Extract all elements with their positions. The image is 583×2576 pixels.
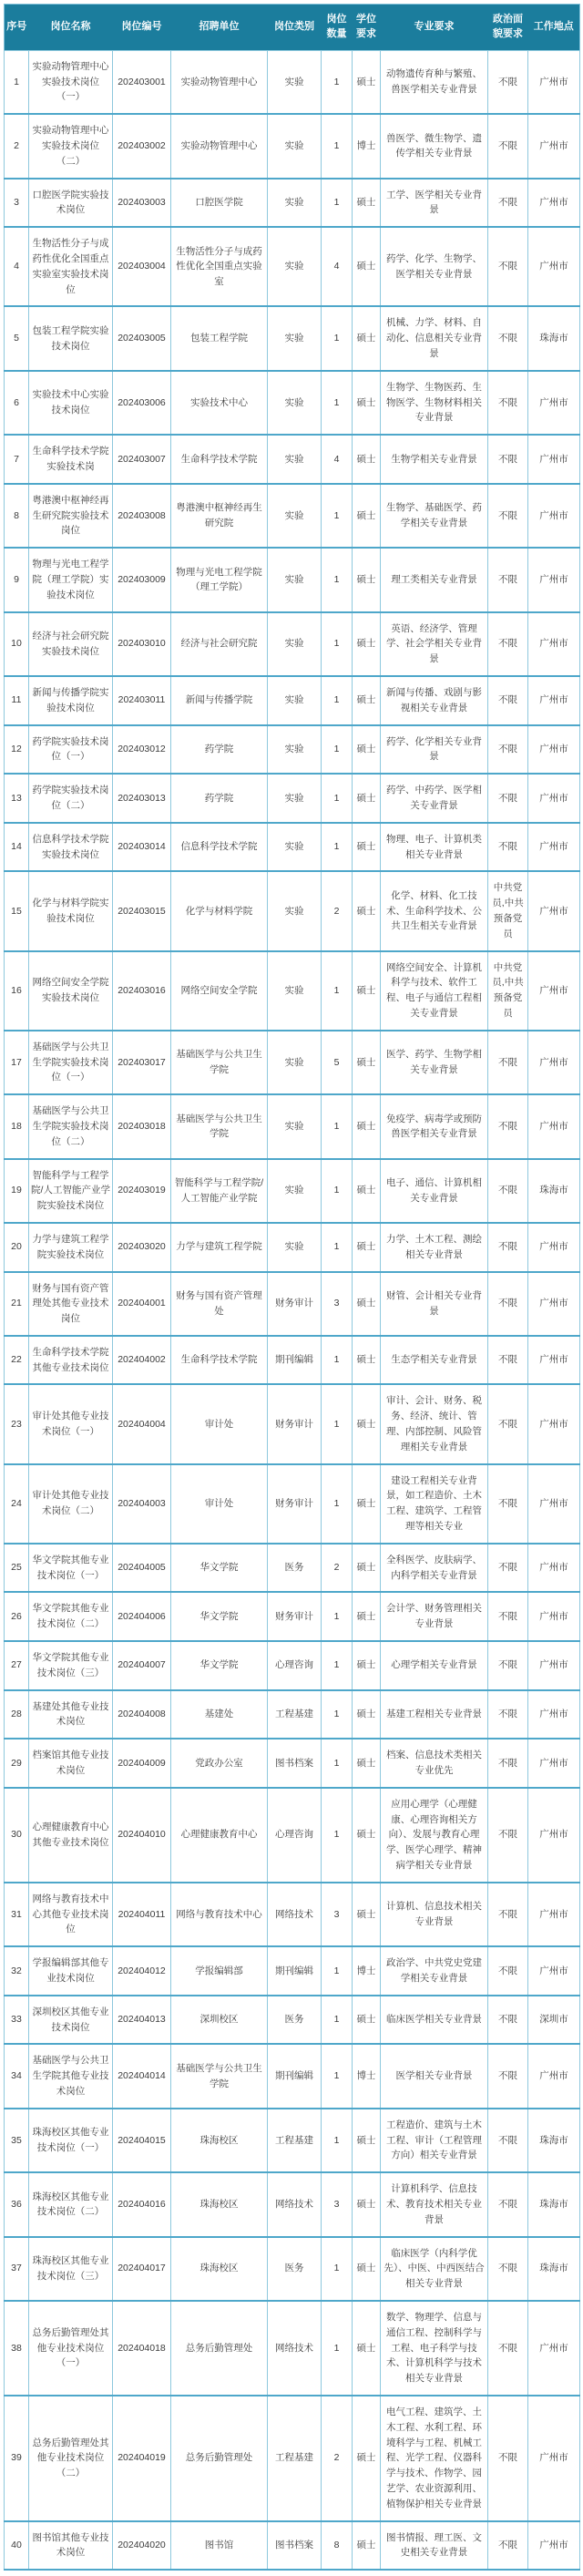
col-index-cell: 21	[5, 1272, 29, 1336]
col-degree-cell: 硕士	[353, 1031, 381, 1094]
col-political-requirement-cell: 中共党员,中共预备党员	[488, 951, 528, 1031]
col-category-cell: 实验	[268, 227, 322, 306]
col-degree-cell: 博士	[353, 114, 381, 178]
col-position-code-cell: 202404011	[113, 1883, 171, 1946]
col-index-cell: 24	[5, 1464, 29, 1544]
col-degree-cell: 硕士	[353, 2237, 381, 2301]
col-degree-cell: 硕士	[353, 1592, 381, 1641]
col-major-requirement-cell: 工学、医学相关专业背景	[381, 179, 488, 228]
table-row: 11新闻与传播学院实验技术岗位202403011新闻与传播学院实验1硕士新闻与传…	[5, 676, 580, 725]
col-category-cell: 心理咨询	[268, 1641, 322, 1690]
col-position-code-cell: 202404016	[113, 2172, 171, 2236]
col-recruiting-unit-cell: 总务后勤管理处	[171, 2301, 268, 2396]
table-row: 33深圳校区其他专业技术岗位202404013深圳校区医务1硕士临床医学相关专业…	[5, 1996, 580, 2045]
col-major-requirement-cell: 计算机、信息技术相关专业背景	[381, 1883, 488, 1946]
col-location-cell: 珠海市	[528, 1159, 580, 1223]
col-major-requirement-cell: 物理、电子、计算机类相关专业背景	[381, 823, 488, 872]
table-row: 10经济与社会研究院实验技术岗位202403010经济与社会研究院实验1硕士英语…	[5, 612, 580, 676]
col-degree-cell: 硕士	[353, 823, 381, 872]
table-row: 19智能科学与工程学院/人工智能产业学院实验技术岗位202403019智能科学与…	[5, 1159, 580, 1223]
col-quantity-cell: 3	[322, 2172, 353, 2236]
col-major-requirement-cell: 基建工程相关专业背景	[381, 1690, 488, 1740]
col-position-code-cell: 202403011	[113, 676, 171, 725]
col-category-cell: 图书档案	[268, 2521, 322, 2571]
col-recruiting-unit-cell: 口腔医学院	[171, 179, 268, 228]
col-position-name-cell: 基础医学与公共卫生学院实验技术岗位（二）	[29, 1094, 113, 1158]
col-category-cell: 网络技术	[268, 2172, 322, 2236]
col-political-requirement-cell: 不限	[488, 2521, 528, 2571]
col-quantity-cell: 1	[322, 1336, 353, 1385]
col-position-code-cell: 202403001	[113, 50, 171, 114]
col-index-cell: 30	[5, 1788, 29, 1883]
col-recruiting-unit-cell: 物理与光电工程学院（理工学院）	[171, 548, 268, 611]
col-location-cell: 广州市	[528, 951, 580, 1031]
col-index-cell: 7	[5, 435, 29, 484]
col-location-cell: 深圳市	[528, 1996, 580, 2045]
column-header-col-major-requirement: 专业要求	[381, 5, 488, 51]
col-recruiting-unit-cell: 新闻与传播学院	[171, 676, 268, 725]
col-position-name-cell: 生命科学技术学院实验技术岗	[29, 435, 113, 484]
col-degree-cell: 硕士	[353, 2172, 381, 2236]
col-recruiting-unit-cell: 生命科学技术学院	[171, 435, 268, 484]
col-major-requirement-cell: 药学、化学、生物学、医学相关专业背景	[381, 227, 488, 306]
col-degree-cell: 硕士	[353, 1739, 381, 1788]
table-row: 4生物活性分子与成药性优化全国重点实验室实验技术岗位202403004生物活性分…	[5, 227, 580, 306]
table-row: 12药学院实验技术岗位（一）202403012药学院实验1硕士药学、化学相关专业…	[5, 725, 580, 775]
col-category-cell: 实验	[268, 823, 322, 872]
col-quantity-cell: 1	[322, 1739, 353, 1788]
col-major-requirement-cell: 免疫学、病毒学或预防兽医学相关专业背景	[381, 1094, 488, 1158]
col-position-code-cell: 202403018	[113, 1094, 171, 1158]
col-political-requirement-cell: 不限	[488, 676, 528, 725]
col-location-cell: 广州市	[528, 871, 580, 950]
col-political-requirement-cell: 不限	[488, 2044, 528, 2108]
col-quantity-cell: 1	[322, 612, 353, 676]
col-quantity-cell: 1	[322, 1159, 353, 1223]
col-index-cell: 29	[5, 1739, 29, 1788]
col-category-cell: 实验	[268, 548, 322, 611]
col-major-requirement-cell: 数学、物理学、信息与通信工程、控制科学与工程、电子科学与技术、计算机科学与技术相…	[381, 2301, 488, 2396]
col-quantity-cell: 4	[322, 227, 353, 306]
col-position-code-cell: 202404013	[113, 1996, 171, 2045]
col-category-cell: 实验	[268, 306, 322, 370]
col-major-requirement-cell: 生物学、生物医药、生物医学、生物材料相关专业背景	[381, 371, 488, 435]
col-location-cell: 广州市	[528, 548, 580, 611]
col-index-cell: 34	[5, 2044, 29, 2108]
col-quantity-cell: 8	[322, 2521, 353, 2571]
col-position-name-cell: 珠海校区其他专业技术岗位（一）	[29, 2109, 113, 2172]
col-political-requirement-cell: 不限	[488, 823, 528, 872]
header-row: 序号岗位名称岗位编号招聘单位岗位类别岗位数量学位要求专业要求政治面貌要求工作地点	[5, 5, 580, 51]
table-row: 18基础医学与公共卫生学院实验技术岗位（二）202403018基础医学与公共卫生…	[5, 1094, 580, 1158]
col-index-cell: 25	[5, 1544, 29, 1593]
col-quantity-cell: 1	[322, 1946, 353, 1996]
col-index-cell: 26	[5, 1592, 29, 1641]
col-category-cell: 实验	[268, 435, 322, 484]
col-position-name-cell: 物理与光电工程学院（理工学院）实验技术岗位	[29, 548, 113, 611]
col-position-code-cell: 202403006	[113, 371, 171, 435]
col-position-name-cell: 总务后勤管理处其他专业技术岗位（二）	[29, 2396, 113, 2521]
col-recruiting-unit-cell: 党政办公室	[171, 1739, 268, 1788]
col-political-requirement-cell: 不限	[488, 484, 528, 548]
col-index-cell: 4	[5, 227, 29, 306]
col-category-cell: 实验	[268, 612, 322, 676]
col-category-cell: 实验	[268, 114, 322, 178]
col-major-requirement-cell: 档案、信息技术类相关专业优先	[381, 1739, 488, 1788]
table-row: 28基建处其他专业技术岗位202404008基建处工程基建1硕士基建工程相关专业…	[5, 1690, 580, 1740]
col-major-requirement-cell: 医学、药学、生物学相关专业背景	[381, 1031, 488, 1094]
table-row: 21财务与国有资产管理处其他专业技术岗位202404001财务与国有资产管理处财…	[5, 1272, 580, 1336]
col-index-cell: 14	[5, 823, 29, 872]
col-category-cell: 实验	[268, 1031, 322, 1094]
column-header-col-location: 工作地点	[528, 5, 580, 51]
col-location-cell: 广州市	[528, 2301, 580, 2396]
col-position-code-cell: 202404008	[113, 1690, 171, 1740]
table-row: 35珠海校区其他专业技术岗位（一）202404015珠海校区工程基建1硕士工程造…	[5, 2109, 580, 2172]
col-category-cell: 实验	[268, 676, 322, 725]
col-degree-cell: 硕士	[353, 1544, 381, 1593]
col-degree-cell: 硕士	[353, 2396, 381, 2521]
col-major-requirement-cell: 新闻与传播、戏剧与影视相关专业背景	[381, 676, 488, 725]
col-quantity-cell: 1	[322, 2237, 353, 2301]
col-major-requirement-cell: 动物遗传育种与繁殖、兽医学相关专业背景	[381, 50, 488, 114]
col-major-requirement-cell: 电气工程、建筑学、土木工程、水利工程、环境科学与工程、机械工程、光学工程、仪器科…	[381, 2396, 488, 2521]
col-index-cell: 22	[5, 1336, 29, 1385]
col-political-requirement-cell: 不限	[488, 2237, 528, 2301]
col-major-requirement-cell: 审计、会计、财务、税务、经济、统计、管理、内部控制、风险管理相关专业背景	[381, 1384, 488, 1463]
col-quantity-cell: 1	[322, 1464, 353, 1544]
col-recruiting-unit-cell: 化学与材料学院	[171, 871, 268, 950]
col-political-requirement-cell: 不限	[488, 114, 528, 178]
col-position-name-cell: 图书馆其他专业技术岗位	[29, 2521, 113, 2571]
col-index-cell: 37	[5, 2237, 29, 2301]
col-position-code-cell: 202404014	[113, 2044, 171, 2108]
col-index-cell: 10	[5, 612, 29, 676]
col-location-cell: 广州市	[528, 823, 580, 872]
col-political-requirement-cell: 中共党员,中共预备党员	[488, 871, 528, 950]
col-position-name-cell: 基础医学与公共卫生学院实验技术岗位（一）	[29, 1031, 113, 1094]
col-recruiting-unit-cell: 网络空间安全学院	[171, 951, 268, 1031]
col-index-cell: 5	[5, 306, 29, 370]
table-row: 9物理与光电工程学院（理工学院）实验技术岗位202403009物理与光电工程学院…	[5, 548, 580, 611]
positions-table: 序号岗位名称岗位编号招聘单位岗位类别岗位数量学位要求专业要求政治面貌要求工作地点…	[4, 4, 580, 2571]
recruitment-positions-page: 序号岗位名称岗位编号招聘单位岗位类别岗位数量学位要求专业要求政治面貌要求工作地点…	[0, 0, 583, 2576]
table-row: 36珠海校区其他专业技术岗位（二）202404016珠海校区网络技术3硕士计算机…	[5, 2172, 580, 2236]
table-row: 14信息科学技术学院实验技术岗位202403014信息科学技术学院实验1硕士物理…	[5, 823, 580, 872]
col-degree-cell: 硕士	[353, 1159, 381, 1223]
table-row: 17基础医学与公共卫生学院实验技术岗位（一）202403017基础医学与公共卫生…	[5, 1031, 580, 1094]
col-quantity-cell: 2	[322, 1544, 353, 1593]
col-position-code-cell: 202403010	[113, 612, 171, 676]
col-political-requirement-cell: 不限	[488, 435, 528, 484]
col-position-code-cell: 202404018	[113, 2301, 171, 2396]
table-row: 13药学院实验技术岗位（二）202403013药学院实验1硕士药学、中药学、医学…	[5, 774, 580, 823]
table-row: 16网络空间安全学院实验技术岗位202403016网络空间安全学院实验1硕士网络…	[5, 951, 580, 1031]
col-category-cell: 实验	[268, 871, 322, 950]
col-category-cell: 财务审计	[268, 1464, 322, 1544]
table-row: 31网络与教育技术中心其他专业技术岗位202404011网络与教育技术中心网络技…	[5, 1883, 580, 1946]
col-degree-cell: 硕士	[353, 725, 381, 775]
col-quantity-cell: 5	[322, 1031, 353, 1094]
col-degree-cell: 硕士	[353, 612, 381, 676]
table-row: 3口腔医学院实验技术岗位202403003口腔医学院实验1硕士工学、医学相关专业…	[5, 179, 580, 228]
table-row: 26华文学院其他专业技术岗位（二）202404006华文学院财务审计1硕士会计学…	[5, 1592, 580, 1641]
col-location-cell: 广州市	[528, 179, 580, 228]
col-recruiting-unit-cell: 粤港澳中枢神经再生研究院	[171, 484, 268, 548]
col-index-cell: 12	[5, 725, 29, 775]
col-quantity-cell: 1	[322, 548, 353, 611]
col-position-name-cell: 财务与国有资产管理处其他专业技术岗位	[29, 1272, 113, 1336]
col-location-cell: 珠海市	[528, 2237, 580, 2301]
col-location-cell: 广州市	[528, 1094, 580, 1158]
col-position-code-cell: 202404010	[113, 1788, 171, 1883]
col-position-code-cell: 202403015	[113, 871, 171, 950]
col-position-name-cell: 基础医学与公共卫生学院其他专业技术岗位	[29, 2044, 113, 2108]
col-quantity-cell: 1	[322, 484, 353, 548]
col-political-requirement-cell: 不限	[488, 227, 528, 306]
table-row: 29档案馆其他专业技术岗位202404009党政办公室图书档案1硕士档案、信息技…	[5, 1739, 580, 1788]
col-position-name-cell: 华文学院其他专业技术岗位（三）	[29, 1641, 113, 1690]
col-degree-cell: 硕士	[353, 1336, 381, 1385]
col-category-cell: 图书档案	[268, 1739, 322, 1788]
col-location-cell: 广州市	[528, 774, 580, 823]
col-recruiting-unit-cell: 药学院	[171, 725, 268, 775]
col-category-cell: 实验	[268, 179, 322, 228]
col-recruiting-unit-cell: 智能科学与工程学院/人工智能产业学院	[171, 1159, 268, 1223]
col-index-cell: 27	[5, 1641, 29, 1690]
col-political-requirement-cell: 不限	[488, 725, 528, 775]
col-major-requirement-cell: 药学、化学相关专业背景	[381, 725, 488, 775]
column-header-col-position-name: 岗位名称	[29, 5, 113, 51]
col-degree-cell: 硕士	[353, 306, 381, 370]
col-category-cell: 期刊编辑	[268, 1336, 322, 1385]
col-major-requirement-cell: 医学相关专业背景	[381, 2044, 488, 2108]
col-position-name-cell: 药学院实验技术岗位（二）	[29, 774, 113, 823]
col-position-code-cell: 202404015	[113, 2109, 171, 2172]
col-location-cell: 广州市	[528, 435, 580, 484]
col-quantity-cell: 2	[322, 2396, 353, 2521]
col-position-code-cell: 202403005	[113, 306, 171, 370]
col-recruiting-unit-cell: 网络与教育技术中心	[171, 1883, 268, 1946]
col-category-cell: 财务审计	[268, 1384, 322, 1463]
col-degree-cell: 硕士	[353, 1384, 381, 1463]
col-location-cell: 广州市	[528, 2044, 580, 2108]
col-degree-cell: 硕士	[353, 435, 381, 484]
col-position-name-cell: 力学与建筑工程学院实验技术岗位	[29, 1223, 113, 1272]
col-degree-cell: 硕士	[353, 548, 381, 611]
table-row: 6实验技术中心实验技术岗位202403006实验技术中心实验1硕士生物学、生物医…	[5, 371, 580, 435]
table-row: 7生命科学技术学院实验技术岗202403007生命科学技术学院实验4硕士生物学相…	[5, 435, 580, 484]
col-location-cell: 广州市	[528, 1336, 580, 1385]
col-category-cell: 网络技术	[268, 1883, 322, 1946]
col-political-requirement-cell: 不限	[488, 50, 528, 114]
col-position-name-cell: 审计处其他专业技术岗位（二）	[29, 1464, 113, 1544]
col-location-cell: 珠海市	[528, 2109, 580, 2172]
col-degree-cell: 硕士	[353, 676, 381, 725]
col-position-code-cell: 202403020	[113, 1223, 171, 1272]
col-quantity-cell: 1	[322, 2044, 353, 2108]
col-position-name-cell: 档案馆其他专业技术岗位	[29, 1739, 113, 1788]
col-position-name-cell: 化学与材料学院实验技术岗位	[29, 871, 113, 950]
col-degree-cell: 硕士	[353, 1094, 381, 1158]
col-political-requirement-cell: 不限	[488, 1641, 528, 1690]
col-quantity-cell: 1	[322, 1223, 353, 1272]
col-location-cell: 广州市	[528, 2521, 580, 2571]
col-position-name-cell: 信息科学技术学院实验技术岗位	[29, 823, 113, 872]
col-index-cell: 19	[5, 1159, 29, 1223]
col-index-cell: 17	[5, 1031, 29, 1094]
col-quantity-cell: 1	[322, 774, 353, 823]
col-location-cell: 广州市	[528, 1641, 580, 1690]
col-quantity-cell: 1	[322, 306, 353, 370]
col-location-cell: 广州市	[528, 227, 580, 306]
col-political-requirement-cell: 不限	[488, 1159, 528, 1223]
col-index-cell: 36	[5, 2172, 29, 2236]
col-location-cell: 广州市	[528, 612, 580, 676]
col-major-requirement-cell: 应用心理学（心理健康、心理咨询相关方向）、发展与教育心理学、医学心理学、精神病学…	[381, 1788, 488, 1883]
table-row: 30心理健康教育中心其他专业技术岗位202404010心理健康教育中心心理咨询1…	[5, 1788, 580, 1883]
col-major-requirement-cell: 生物学、基础医学、药学相关专业背景	[381, 484, 488, 548]
col-quantity-cell: 3	[322, 1272, 353, 1336]
col-category-cell: 医务	[268, 1544, 322, 1593]
col-quantity-cell: 1	[322, 371, 353, 435]
table-row: 22生命科学技术学院其他专业技术岗位202404002生命科学技术学院期刊编辑1…	[5, 1336, 580, 1385]
col-political-requirement-cell: 不限	[488, 2172, 528, 2236]
col-quantity-cell: 1	[322, 2301, 353, 2396]
col-position-name-cell: 包装工程学院实验技术岗位	[29, 306, 113, 370]
col-position-code-cell: 202404002	[113, 1336, 171, 1385]
col-category-cell: 期刊编辑	[268, 1946, 322, 1996]
col-location-cell: 广州市	[528, 1788, 580, 1883]
col-major-requirement-cell: 建设工程相关专业背景，如工程造价、土木工程、建筑学、工程管理等相关专业	[381, 1464, 488, 1544]
col-position-code-cell: 202404006	[113, 1592, 171, 1641]
table-row: 37珠海校区其他专业技术岗位（三）202404017珠海校区医务1硕士临床医学（…	[5, 2237, 580, 2301]
col-degree-cell: 硕士	[353, 2109, 381, 2172]
column-header-col-quantity: 岗位数量	[322, 5, 353, 51]
col-location-cell: 广州市	[528, 1031, 580, 1094]
col-position-code-cell: 202403004	[113, 227, 171, 306]
col-index-cell: 33	[5, 1996, 29, 2045]
col-political-requirement-cell: 不限	[488, 1996, 528, 2045]
col-recruiting-unit-cell: 生物活性分子与成药性优化全国重点实验室	[171, 227, 268, 306]
col-position-code-cell: 202404005	[113, 1544, 171, 1593]
col-degree-cell: 博士	[353, 2044, 381, 2108]
col-index-cell: 11	[5, 676, 29, 725]
col-location-cell: 珠海市	[528, 306, 580, 370]
col-major-requirement-cell: 工程造价、建筑与土木工程、审计（工程管理方向）相关专业背景	[381, 2109, 488, 2172]
col-position-code-cell: 202403012	[113, 725, 171, 775]
col-position-name-cell: 智能科学与工程学院/人工智能产业学院实验技术岗位	[29, 1159, 113, 1223]
col-category-cell: 财务审计	[268, 1272, 322, 1336]
col-recruiting-unit-cell: 基础医学与公共卫生学院	[171, 1094, 268, 1158]
col-position-name-cell: 药学院实验技术岗位（一）	[29, 725, 113, 775]
col-degree-cell: 硕士	[353, 1272, 381, 1336]
col-major-requirement-cell: 政治学、中共党史党建学相关专业背景	[381, 1946, 488, 1996]
col-quantity-cell: 1	[322, 50, 353, 114]
col-position-name-cell: 生命科学技术学院其他专业技术岗位	[29, 1336, 113, 1385]
col-major-requirement-cell: 电子、通信、计算机相关专业背景	[381, 1159, 488, 1223]
col-political-requirement-cell: 不限	[488, 1094, 528, 1158]
col-recruiting-unit-cell: 学报编辑部	[171, 1946, 268, 1996]
col-degree-cell: 硕士	[353, 1883, 381, 1946]
col-political-requirement-cell: 不限	[488, 2301, 528, 2396]
col-position-code-cell: 202404020	[113, 2521, 171, 2571]
col-recruiting-unit-cell: 珠海校区	[171, 2109, 268, 2172]
table-row: 32学报编辑部其他专业技术岗位202404012学报编辑部期刊编辑1博士政治学、…	[5, 1946, 580, 1996]
col-recruiting-unit-cell: 财务与国有资产管理处	[171, 1272, 268, 1336]
col-recruiting-unit-cell: 心理健康教育中心	[171, 1788, 268, 1883]
col-category-cell: 工程基建	[268, 2396, 322, 2521]
col-degree-cell: 硕士	[353, 2521, 381, 2571]
col-position-code-cell: 202404009	[113, 1739, 171, 1788]
col-degree-cell: 硕士	[353, 1788, 381, 1883]
col-position-name-cell: 基建处其他专业技术岗位	[29, 1690, 113, 1740]
col-major-requirement-cell: 药学、中药学、医学相关专业背景	[381, 774, 488, 823]
col-recruiting-unit-cell: 信息科学技术学院	[171, 823, 268, 872]
col-location-cell: 广州市	[528, 1272, 580, 1336]
col-recruiting-unit-cell: 审计处	[171, 1384, 268, 1463]
col-recruiting-unit-cell: 经济与社会研究院	[171, 612, 268, 676]
col-location-cell: 广州市	[528, 1544, 580, 1593]
col-degree-cell: 博士	[353, 1946, 381, 1996]
col-recruiting-unit-cell: 华文学院	[171, 1592, 268, 1641]
col-quantity-cell: 1	[322, 2109, 353, 2172]
col-index-cell: 9	[5, 548, 29, 611]
col-political-requirement-cell: 不限	[488, 1690, 528, 1740]
col-degree-cell: 硕士	[353, 179, 381, 228]
col-category-cell: 实验	[268, 951, 322, 1031]
col-category-cell: 心理咨询	[268, 1788, 322, 1883]
column-header-col-degree: 学位要求	[353, 5, 381, 51]
col-position-name-cell: 实验动物管理中心实验技术岗位（二）	[29, 114, 113, 178]
col-position-name-cell: 粤港澳中枢神经再生研究院实验技术岗位	[29, 484, 113, 548]
col-position-name-cell: 生物活性分子与成药性优化全国重点实验室实验技术岗位	[29, 227, 113, 306]
col-degree-cell: 硕士	[353, 1641, 381, 1690]
column-header-col-category: 岗位类别	[268, 5, 322, 51]
col-position-name-cell: 学报编辑部其他专业技术岗位	[29, 1946, 113, 1996]
col-position-name-cell: 珠海校区其他专业技术岗位（三）	[29, 2237, 113, 2301]
col-position-name-cell: 口腔医学院实验技术岗位	[29, 179, 113, 228]
col-political-requirement-cell: 不限	[488, 1788, 528, 1883]
col-position-name-cell: 实验动物管理中心实验技术岗位（一）	[29, 50, 113, 114]
col-political-requirement-cell: 不限	[488, 1883, 528, 1946]
table-row: 25华文学院其他专业技术岗位（一）202404005华文学院医务2硕士全科医学、…	[5, 1544, 580, 1593]
col-recruiting-unit-cell: 基础医学与公共卫生学院	[171, 1031, 268, 1094]
col-political-requirement-cell: 不限	[488, 179, 528, 228]
col-category-cell: 工程基建	[268, 1690, 322, 1740]
col-position-name-cell: 总务后勤管理处其他专业技术岗位（一）	[29, 2301, 113, 2396]
col-degree-cell: 硕士	[353, 227, 381, 306]
col-position-name-cell: 新闻与传播学院实验技术岗位	[29, 676, 113, 725]
col-major-requirement-cell: 生态学相关专业背景	[381, 1336, 488, 1385]
col-political-requirement-cell: 不限	[488, 1544, 528, 1593]
col-political-requirement-cell: 不限	[488, 1739, 528, 1788]
col-major-requirement-cell: 心理学相关专业背景	[381, 1641, 488, 1690]
col-recruiting-unit-cell: 图书馆	[171, 2521, 268, 2571]
col-major-requirement-cell: 生物学相关专业背景	[381, 435, 488, 484]
table-row: 38总务后勤管理处其他专业技术岗位（一）202404018总务后勤管理处网络技术…	[5, 2301, 580, 2396]
col-quantity-cell: 1	[322, 1384, 353, 1463]
col-recruiting-unit-cell: 实验动物管理中心	[171, 50, 268, 114]
col-political-requirement-cell: 不限	[488, 612, 528, 676]
col-position-code-cell: 202404004	[113, 1384, 171, 1463]
col-political-requirement-cell: 不限	[488, 774, 528, 823]
col-index-cell: 6	[5, 371, 29, 435]
col-index-cell: 38	[5, 2301, 29, 2396]
col-major-requirement-cell: 财管、会计相关专业背景	[381, 1272, 488, 1336]
col-location-cell: 广州市	[528, 1223, 580, 1272]
table-row: 40图书馆其他专业技术岗位202404020图书馆图书档案8硕士图书情报、理工医…	[5, 2521, 580, 2571]
